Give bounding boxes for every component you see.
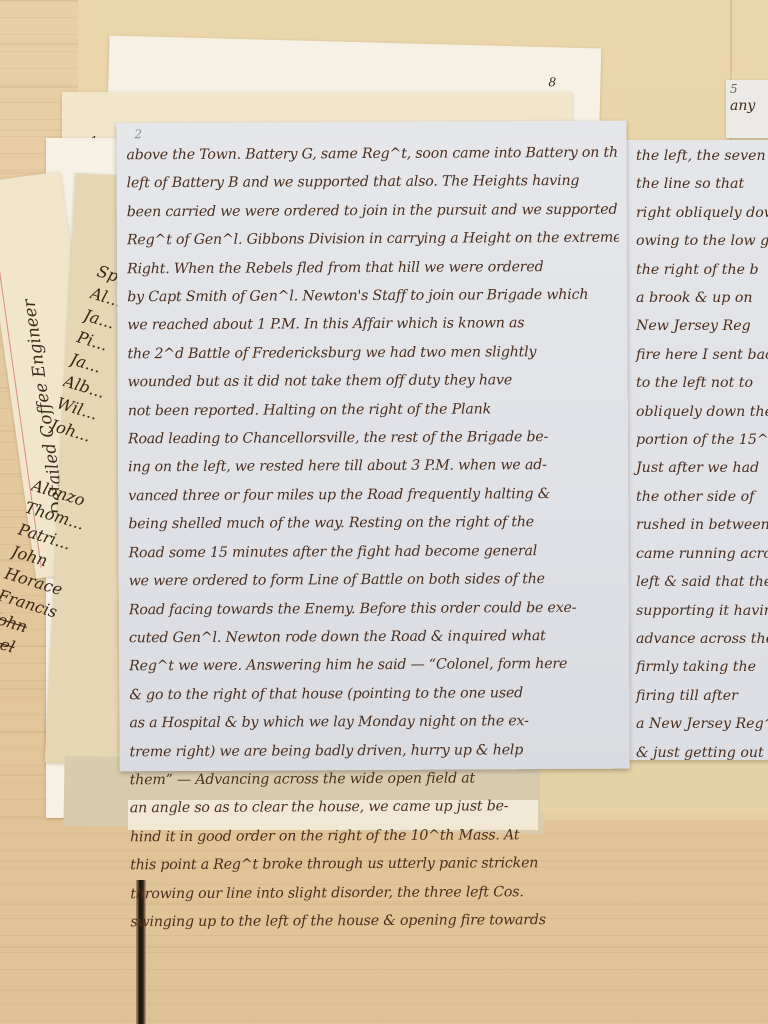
handwritten-line: the 2^d Battle of Fredericksburg we had … (127, 338, 619, 369)
handwritten-line: & go to the right of that house (pointin… (129, 685, 523, 703)
handwritten-line: came running acros (636, 540, 768, 568)
handwritten-line: New Jersey Reg (636, 312, 768, 340)
handwritten-line: as a Hospital & by which we lay Monday n… (129, 707, 621, 738)
handwritten-line: the left, the seven (636, 142, 768, 170)
handwritten-line: Road facing towards the Enemy. Before th… (129, 593, 621, 624)
handwritten-line: firing till after (636, 682, 768, 710)
handwritten-line: supporting it havin (636, 597, 768, 625)
handwritten-line: an angle so as to clear the house, we ca… (130, 792, 622, 823)
handwritten-line: the line so that (636, 170, 768, 198)
handwritten-line: Road some 15 minutes after the fight had… (128, 536, 620, 567)
handwritten-line: treme right) we are being badly driven, … (130, 735, 622, 766)
page-number: 5 (730, 82, 738, 96)
handwritten-line: not been reported. Halting on the right … (128, 394, 620, 425)
handwritten-line: to the left not to (636, 369, 768, 397)
handwritten-line: ing on the left, we rested here till abo… (128, 451, 620, 482)
handwritten-line: left & said that the (636, 568, 768, 596)
handwritten-line: this point a Reg^t broke through us utte… (130, 849, 622, 880)
handwritten-line: left of Battery B and we supported that … (127, 167, 619, 198)
handwritten-line: the right of the b (636, 256, 768, 284)
handwritten-line: owing to the low gro (636, 227, 768, 255)
handwritten-line: fire here I sent bac (636, 341, 768, 369)
handwritten-line: throwing our line into slight disorder, … (130, 877, 622, 908)
handwritten-line: Reg^t we were. Answering him he said — “… (129, 650, 621, 681)
small-sheet-page-5: 5 any (726, 80, 768, 138)
handwritten-line: firmly taking the (636, 653, 768, 681)
handwritten-line: being shelled much of the way. Resting o… (128, 508, 620, 539)
handwritten-line: them” — Advancing across the wide open f… (130, 764, 622, 795)
handwritten-line: advance across the (636, 625, 768, 653)
handwritten-line: hind it in good order on the right of th… (130, 820, 622, 851)
handwritten-line: obliquely down the (636, 398, 768, 426)
handwritten-line: a New Jersey Reg^t (636, 710, 768, 738)
handwritten-line: Just after we had (636, 454, 768, 482)
handwritten-line: Road leading to Chancellorsville, the re… (128, 423, 620, 454)
handwritten-line: & just getting out (636, 739, 768, 760)
handwritten-line: swinging up to the left of the house & o… (130, 906, 622, 937)
handwritten-line: portion of the 15^th (636, 426, 768, 454)
right-page-text: the left, the seven the line so that rig… (636, 142, 768, 760)
letter-left-page: 2 above the Town. Battery G, same Reg^t,… (116, 121, 629, 772)
handwritten-line: vanced three or four miles up the Road f… (128, 480, 620, 511)
handwritten-line: we reached about 1 P.M. In this Affair w… (127, 309, 619, 340)
handwritten-line: the other side of (636, 483, 768, 511)
handwritten-line: above the Town. Battery G, same Reg^t, s… (126, 139, 618, 170)
letter-right-page: the left, the seven the line so that rig… (624, 140, 768, 760)
handwritten-line: by Capt Smith of Gen^l. Newton's Staff t… (127, 281, 619, 312)
small-sheet-text: any (730, 98, 755, 114)
page-number: 2 (134, 127, 142, 141)
handwritten-line: a brook & up on (636, 284, 768, 312)
handwritten-line: we were ordered to form Line of Battle o… (129, 565, 621, 596)
handwritten-line-with-note: & go to the right of that house (pointin… (129, 678, 621, 709)
left-page-text: above the Town. Battery G, same Reg^t, s… (126, 139, 622, 937)
handwritten-line: Reg^t of Gen^l. Gibbons Division in carr… (127, 224, 619, 255)
handwritten-line: right obliquely dow (636, 199, 768, 227)
sheet-mark: 8 (548, 75, 556, 89)
handwritten-line: Right. When the Rebels fled from that hi… (127, 252, 619, 283)
handwritten-line: been carried we were ordered to join in … (127, 196, 619, 227)
handwritten-line: wounded but as it did not take them off … (128, 366, 620, 397)
handwritten-line: cuted Gen^l. Newton rode down the Road &… (129, 622, 621, 653)
handwritten-line: rushed in between (636, 511, 768, 539)
